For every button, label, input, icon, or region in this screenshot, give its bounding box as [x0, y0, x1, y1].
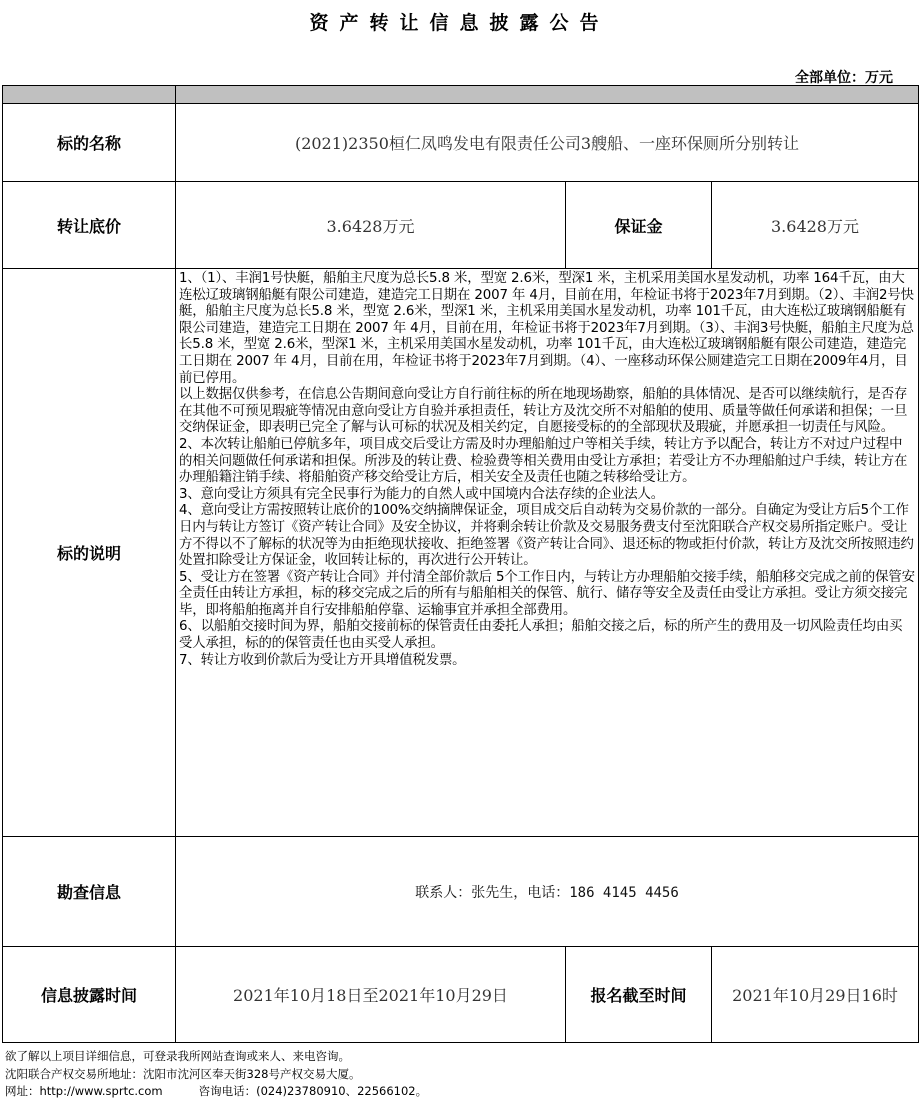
- deposit-value: 3.6428万元: [712, 182, 919, 269]
- description-paragraph: 以上数据仅供参考，在信息公告期间意向受让方自行前往标的所在地现场勘察，船舶的具体…: [179, 387, 915, 437]
- row-description: 标的说明 1、（1）、丰润1号快艇，船舶主尺度为总长5.8 米，型宽 2.6米，…: [3, 269, 919, 837]
- row-price: 转让底价 3.6428万元 保证金 3.6428万元: [3, 182, 919, 269]
- registration-deadline-value: 2021年10月29日16时: [712, 947, 919, 1043]
- page-title: 资产转让信息披露公告: [0, 8, 919, 35]
- footer-inquiry-note: 欲了解以上项目详细信息，可登录我所网站查询或来人、来电咨询。: [5, 1048, 427, 1066]
- description-paragraph: 3、意向受让方须具有完全民事行为能力的自然人或中国境内合法存续的企业法人。: [179, 487, 915, 504]
- disclosure-table: 标的名称 (2021)2350桓仁凤鸣发电有限责任公司3艘船、一座环保厕所分别转…: [2, 85, 919, 1043]
- inspection-label: 勘查信息: [3, 837, 176, 947]
- header-band-right: [176, 86, 919, 104]
- target-name-value: (2021)2350桓仁凤鸣发电有限责任公司3艘船、一座环保厕所分别转让: [176, 104, 919, 182]
- row-inspection: 勘查信息 联系人：张先生，电话：186 4145 4456: [3, 837, 919, 947]
- reserve-price-value: 3.6428万元: [176, 182, 566, 269]
- deposit-label: 保证金: [566, 182, 712, 269]
- description-paragraph: 4、意向受让方需按照转让底价的100%交纳摘牌保证金，项目成交后自动转为交易价款…: [179, 503, 915, 569]
- unit-label: 全部单位：万元: [795, 67, 893, 87]
- row-target-name: 标的名称 (2021)2350桓仁凤鸣发电有限责任公司3艘船、一座环保厕所分别转…: [3, 104, 919, 182]
- footer-phone: 咨询电话：(024)23780910、22566102。: [199, 1084, 428, 1098]
- description-paragraph: 7、转让方收到价款后为受让方开具增值税发票。: [179, 653, 915, 670]
- description-body: 1、（1）、丰润1号快艇，船舶主尺度为总长5.8 米，型宽 2.6米，型深1 米…: [176, 269, 919, 837]
- reserve-price-label: 转让底价: [3, 182, 176, 269]
- disclosure-time-value: 2021年10月18日至2021年10月29日: [176, 947, 566, 1043]
- footer-contact-line: 网址：http://www.sprtc.com咨询电话：(024)2378091…: [5, 1083, 427, 1101]
- inspection-contact: 联系人：张先生，电话：186 4145 4456: [176, 837, 919, 947]
- description-paragraph: 2、本次转让船舶已停航多年，项目成交后受让方需及时办理船舶过户等相关手续，转让方…: [179, 437, 915, 487]
- description-label: 标的说明: [3, 269, 176, 837]
- footer-notes: 欲了解以上项目详细信息，可登录我所网站查询或来人、来电咨询。 沈阳联合产权交易所…: [5, 1048, 427, 1101]
- footer-website-link[interactable]: 网址：http://www.sprtc.com: [5, 1084, 163, 1098]
- row-disclosure-time: 信息披露时间 2021年10月18日至2021年10月29日 报名截至时间 20…: [3, 947, 919, 1043]
- header-band-left: [3, 86, 176, 104]
- description-paragraph: 5、受让方在签署《资产转让合同》并付清全部价款后 5个工作日内，与转让方办理船舶…: [179, 570, 915, 620]
- header-band: [3, 86, 919, 104]
- footer-address: 沈阳联合产权交易所地址：沈阳市沈河区奉天街328号产权交易大厦。: [5, 1066, 427, 1084]
- disclosure-time-label: 信息披露时间: [3, 947, 176, 1043]
- description-paragraph: 6、以船舶交接时间为界，船舶交接前标的保管责任由委托人承担；船舶交接之后，标的所…: [179, 619, 915, 652]
- registration-deadline-label: 报名截至时间: [566, 947, 712, 1043]
- target-name-label: 标的名称: [3, 104, 176, 182]
- description-paragraph: 1、（1）、丰润1号快艇，船舶主尺度为总长5.8 米，型宽 2.6米，型深1 米…: [179, 271, 915, 387]
